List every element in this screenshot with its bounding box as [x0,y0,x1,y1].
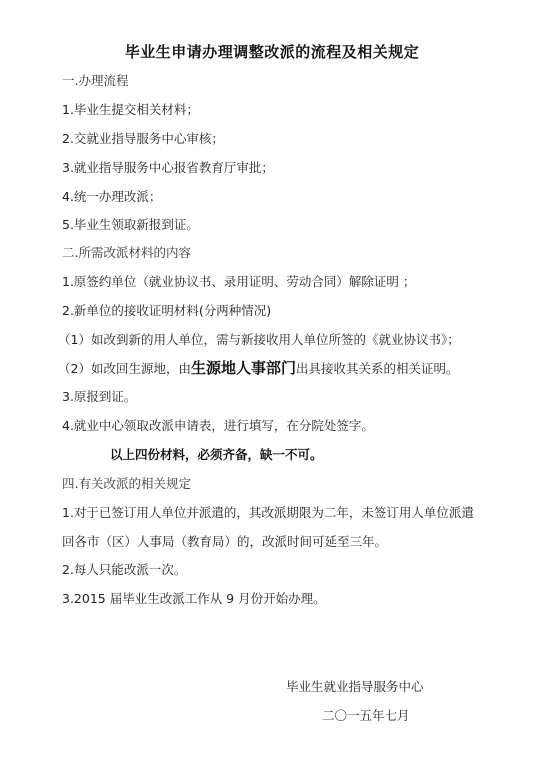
rule-item-2: 2.每人只能改派一次。 [62,562,186,578]
process-step-1: 1.毕业生提交相关材料； [62,102,199,118]
material-item-2: 2.新单位的接收证明材料(分两种情况) [62,303,271,319]
process-step-3: 3.就业指导服务中心报省教育厅审批； [62,160,274,176]
document-title: 毕业生申请办理调整改派的流程及相关规定 [0,43,544,61]
material-case-2: （2）如改回生源地，由生源地人事部门出具接收其关系的相关证明。 [58,360,459,377]
section-heading-process: 一.办理流程 [62,73,128,89]
materials-note: 以上四份材料，必须齐备，缺一不可。 [110,447,323,463]
material-item-4: 4.就业中心领取改派申请表，进行填写，在分院处签字。 [62,418,374,434]
material-item-1: 1.原签约单位（就业协议书、录用证明、劳动合同）解除证明 ； [62,274,415,290]
rule-item-1-line-2: 回各市（区）人事局（教育局）的，改派时间可延至三年。 [62,534,387,550]
signature-date: 二〇一五年七月 [322,708,410,724]
section-heading-materials: 二.所需改派材料的内容 [62,245,191,261]
case-2-emphasis: 生源地人事部门 [191,359,296,377]
process-step-4: 4.统一办理改派； [62,189,161,205]
case-2-prefix: （2）如改回生源地，由 [58,361,191,376]
document-page: 毕业生申请办理调整改派的流程及相关规定 一.办理流程 1.毕业生提交相关材料； … [0,0,544,769]
rule-item-1-line-1: 1.对于已签订用人单位并派遣的，其改派期限为二年，未签订用人单位派遣 [62,505,474,521]
material-item-3: 3.原报到证。 [62,389,136,405]
material-case-1: （1）如改到新的用人单位，需与新接收用人单位所签的《就业协议书》； [58,332,460,348]
process-step-2: 2.交就业指导服务中心审核； [62,131,224,147]
case-2-suffix: 出具接收其关系的相关证明。 [296,361,459,376]
signature-organization: 毕业生就业指导服务中心 [286,679,424,695]
section-heading-rules: 四.有关改派的相关规定 [62,476,191,492]
rule-item-3: 3.2015 届毕业生改派工作从 9 月份开始办理。 [62,591,326,607]
process-step-5: 5.毕业生领取新报到证。 [62,217,199,233]
